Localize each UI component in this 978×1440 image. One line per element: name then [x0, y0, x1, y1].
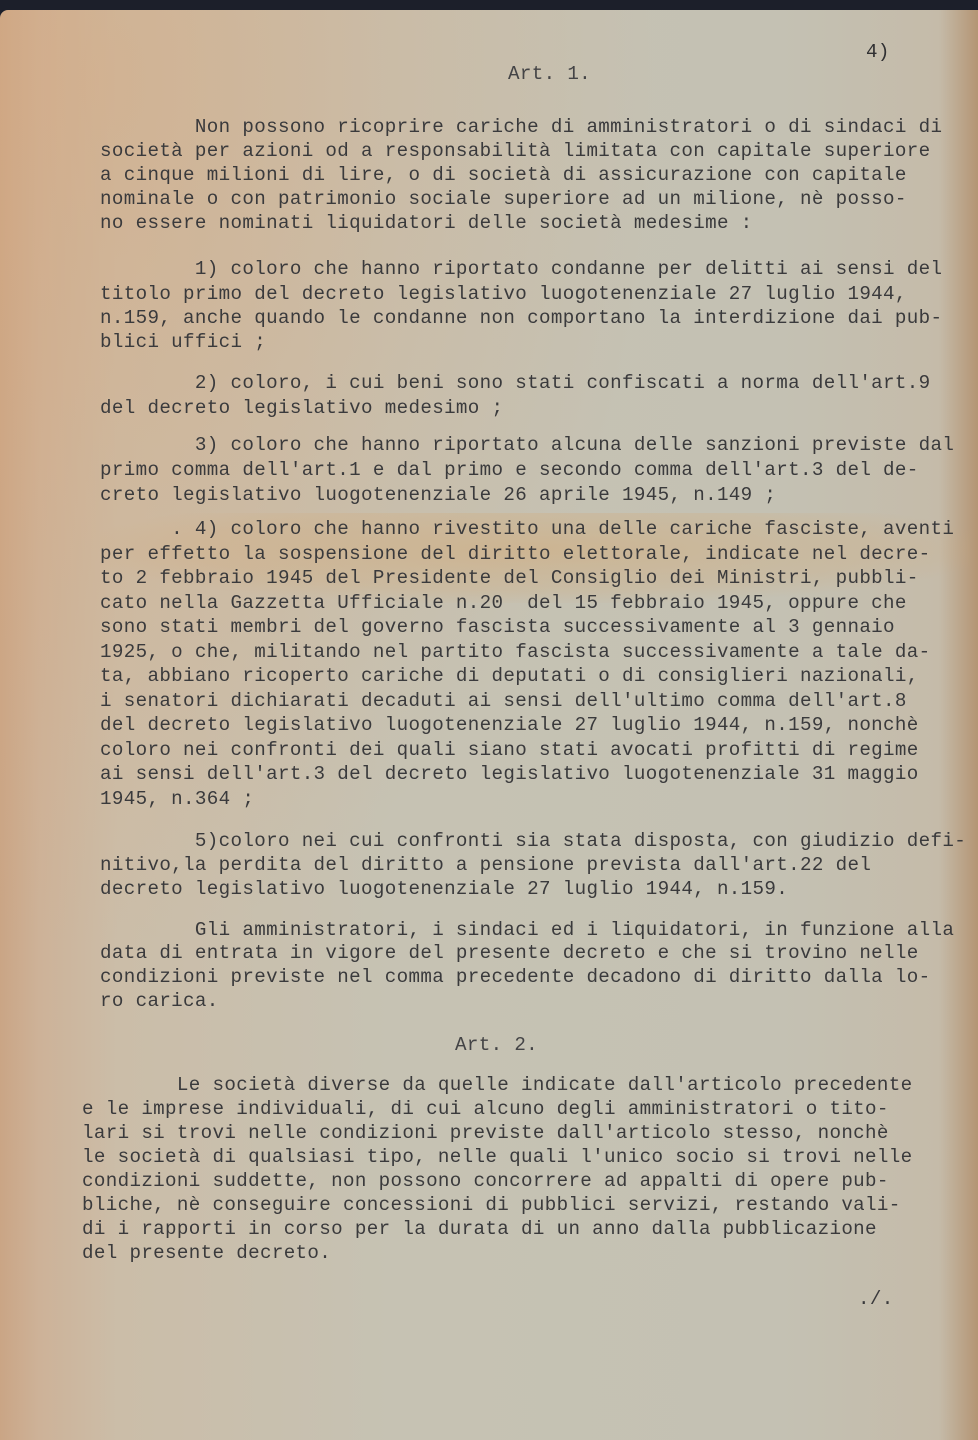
text-line: ai sensi dell'art.3 del decreto legislat…	[100, 765, 919, 784]
continuation-mark: ./.	[858, 1290, 894, 1309]
text-line: decreto legislativo luogotenenziale 27 l…	[100, 880, 788, 899]
text-line: blici uffici ;	[100, 333, 266, 352]
text-line: nominale o con patrimonio sociale superi…	[100, 190, 907, 209]
text-line: . 4) coloro che hanno rivestito una dell…	[100, 520, 954, 539]
text-line: 3) coloro che hanno riportato alcuna del…	[100, 436, 954, 455]
text-line: e le imprese individuali, di cui alcuno …	[82, 1100, 889, 1119]
text-line: titolo primo del decreto legislativo luo…	[100, 285, 907, 304]
text-line: no essere nominati liquidatori delle soc…	[100, 214, 753, 233]
text-line: condizioni previste nel comma precedente…	[100, 968, 931, 987]
text-line: creto legislativo luogotenenziale 26 apr…	[100, 486, 776, 505]
text-line: del presente decreto.	[82, 1244, 331, 1263]
page-number: 4)	[866, 43, 890, 62]
text-line: sono stati membri del governo fascista s…	[100, 618, 895, 637]
text-line: del decreto legislativo luogotenenziale …	[100, 716, 919, 735]
text-line: per effetto la sospensione del diritto e…	[100, 545, 931, 564]
text-line: Gli amministratori, i sindaci ed i liqui…	[100, 921, 954, 940]
text-line: Non possono ricoprire cariche di amminis…	[100, 118, 942, 137]
text-line: 1945, n.364 ;	[100, 790, 254, 809]
text-line: to 2 febbraio 1945 del Presidente del Co…	[100, 569, 919, 588]
text-line: società per azioni od a responsabilità l…	[100, 142, 931, 161]
article-1-heading: Art. 1.	[508, 65, 591, 84]
text-line: n.159, anche quando le condanne non comp…	[100, 309, 942, 328]
text-line: 2) coloro, i cui beni sono stati confisc…	[100, 374, 931, 393]
text-line: coloro nei confronti dei quali siano sta…	[100, 741, 919, 760]
text-line: di i rapporti in corso per la durata di …	[82, 1220, 877, 1239]
text-line: condizioni suddette, non possono concorr…	[82, 1172, 889, 1191]
text-line: Le società diverse da quelle indicate da…	[82, 1076, 913, 1095]
text-line: i senatori dichiarati decaduti ai sensi …	[100, 692, 907, 711]
text-line: primo comma dell'art.1 e dal primo e sec…	[100, 461, 919, 480]
text-line: 1925, o che, militando nel partito fasci…	[100, 643, 931, 662]
text-line: cato nella Gazzetta Ufficiale n.20 del 1…	[100, 594, 907, 613]
text-line: nitivo,la perdita del diritto a pensione…	[100, 856, 871, 875]
text-line: ro carica.	[100, 992, 219, 1011]
text-line: ta, abbiano ricoperto cariche di deputat…	[100, 667, 919, 686]
text-line: data di entrata in vigore del presente d…	[100, 944, 919, 963]
text-line: del decreto legislativo medesimo ;	[100, 399, 503, 418]
text-line: le società di qualsiasi tipo, nelle qual…	[82, 1148, 913, 1167]
text-line: bliche, nè conseguire concessioni di pub…	[82, 1196, 901, 1215]
text-line: 5)coloro nei cui confronti sia stata dis…	[100, 832, 966, 851]
article-2-heading: Art. 2.	[455, 1036, 538, 1055]
text-line: lari si trovi nelle condizioni previste …	[82, 1124, 889, 1143]
text-line: a cinque milioni di lire, o di società d…	[100, 166, 907, 185]
typewritten-page: 4) Art. 1. Non possono ricoprire cariche…	[0, 10, 978, 1440]
text-line: 1) coloro che hanno riportato condanne p…	[100, 260, 942, 279]
